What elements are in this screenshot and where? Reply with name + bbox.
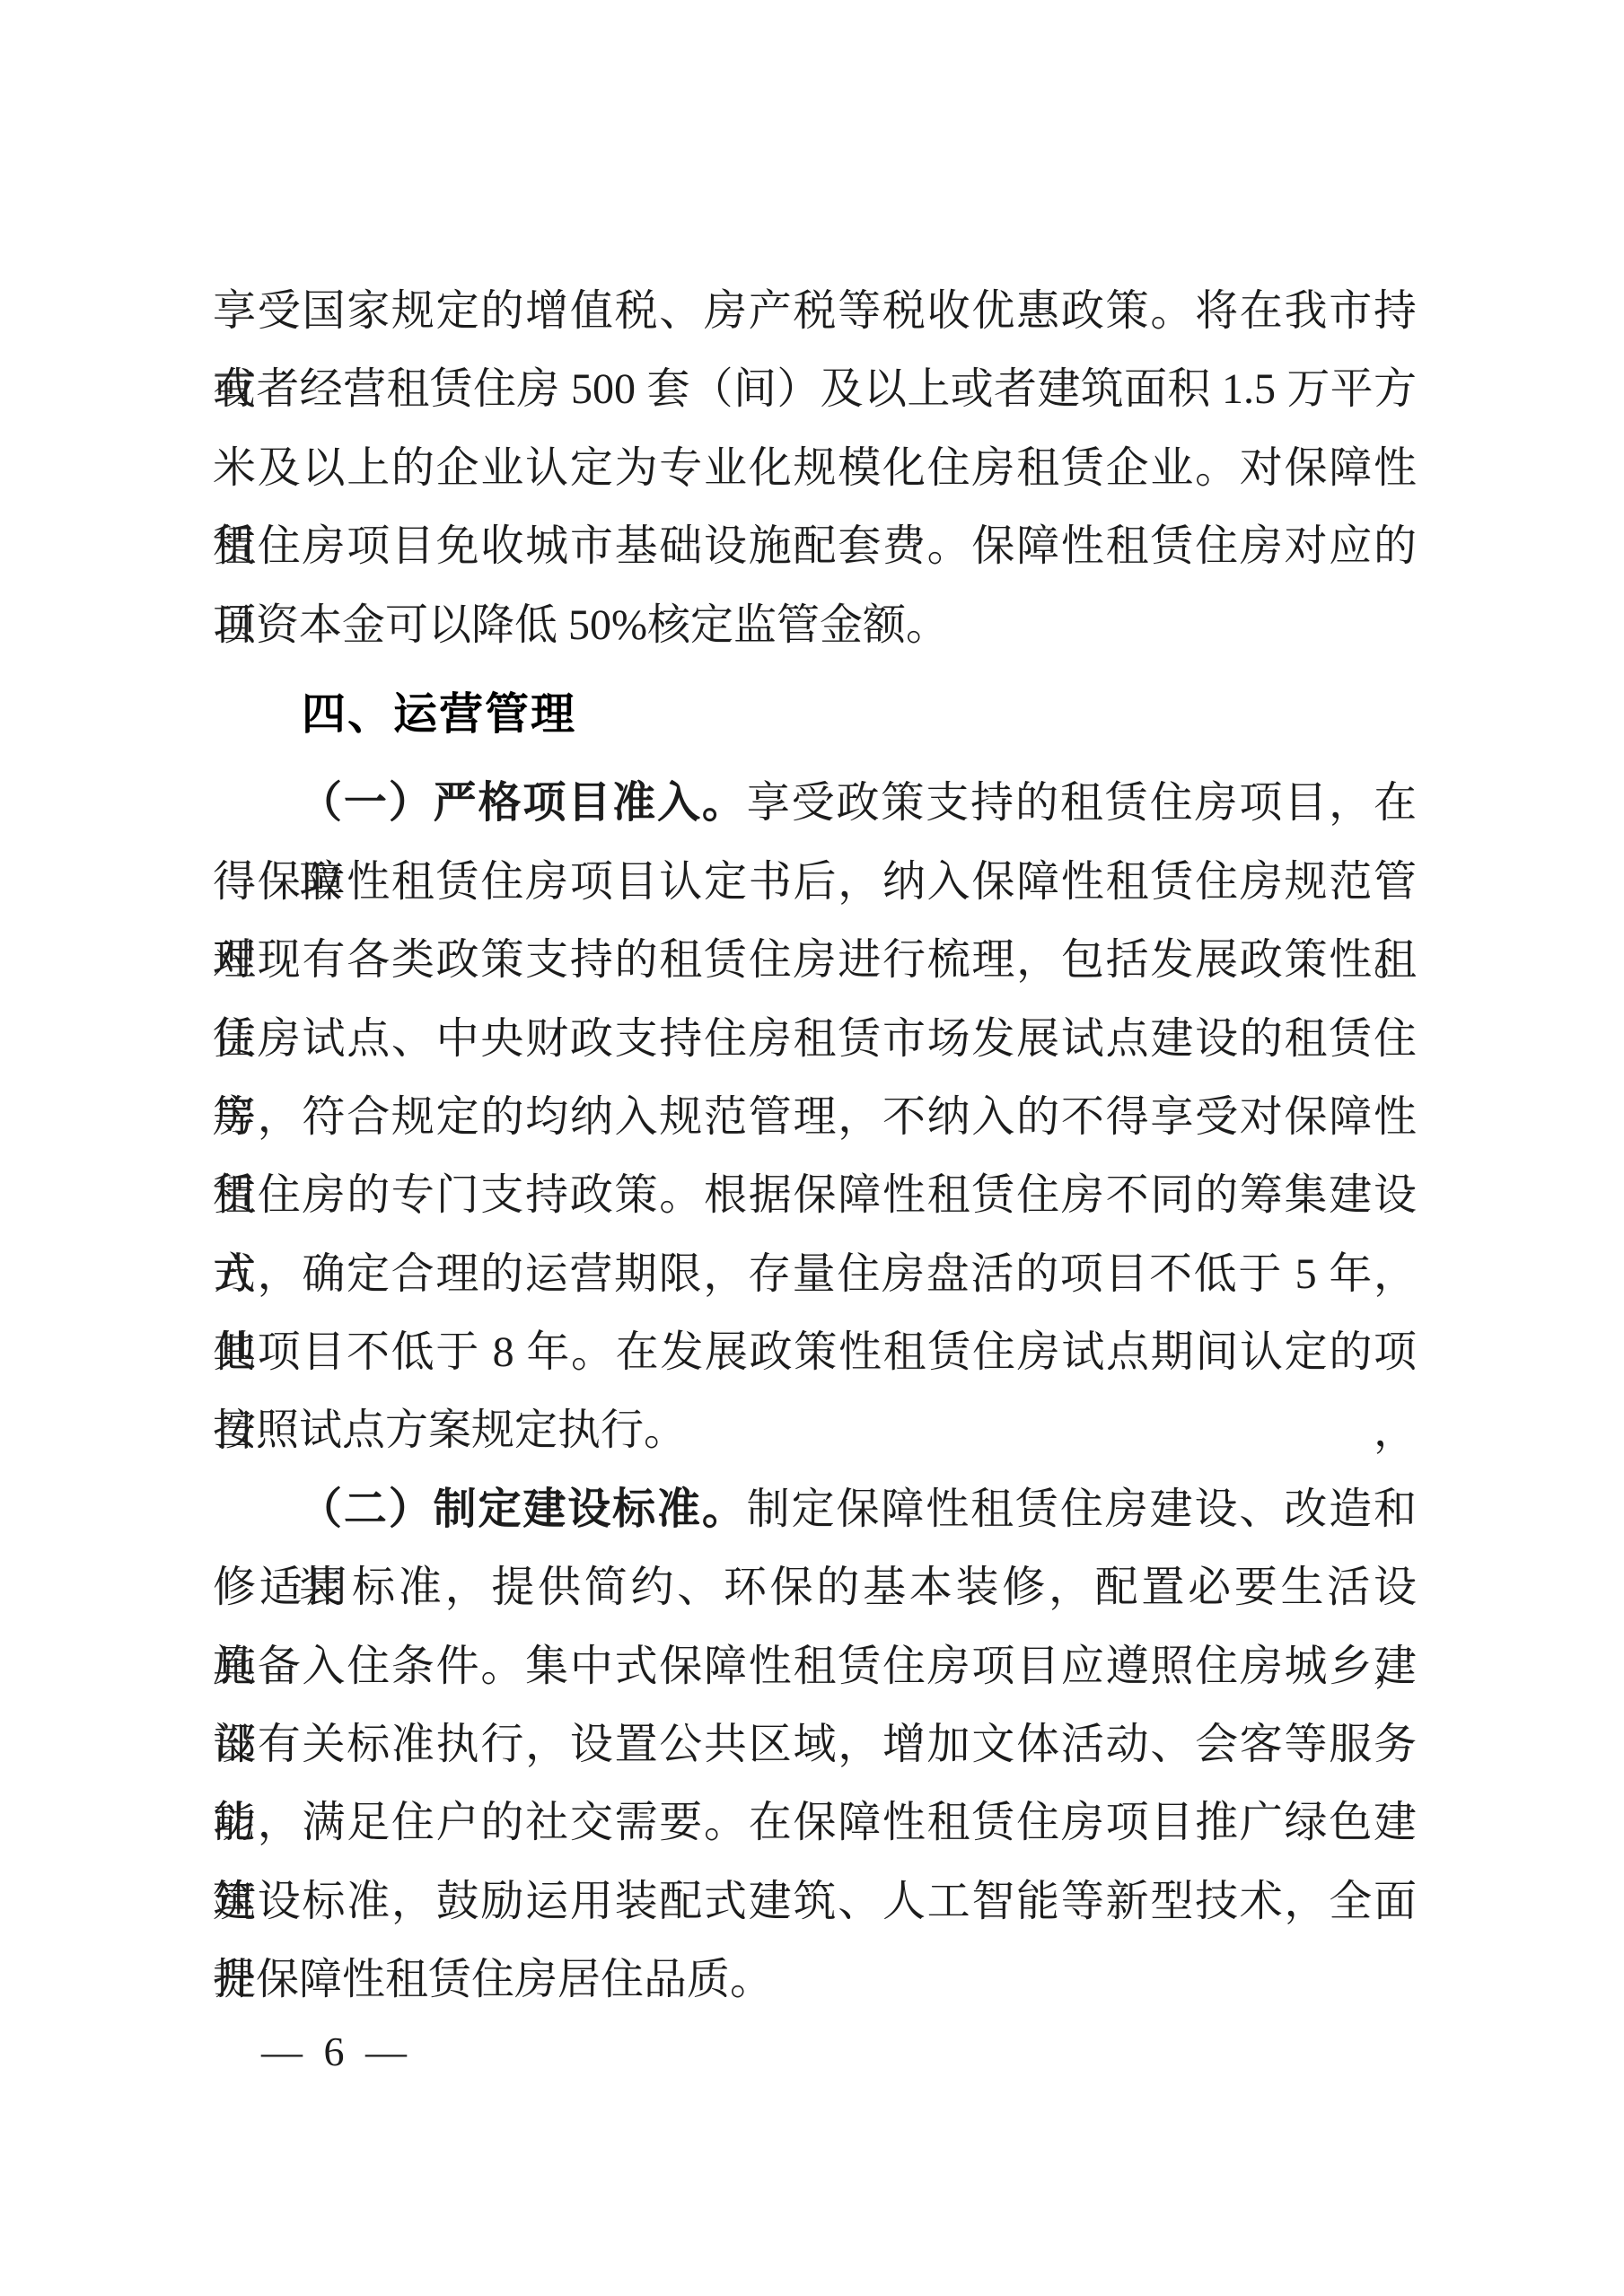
body-line: 享受国家规定的增值税、房产税等税收优惠政策。将在我市持有: [213, 272, 1417, 350]
body-line: 建设标准，鼓励运用装配式建筑、人工智能等新型技术，全面提: [213, 1862, 1417, 1941]
body-line: 部有关标准执行，设置公共区域，增加文体活动、会客等服务功: [213, 1705, 1417, 1783]
bold-lead: （二）制定建设标准。: [299, 1485, 747, 1533]
body-line: （二）制定建设标准。制定保障性租赁住房建设、改造和装: [213, 1470, 1417, 1548]
text-segment: 目资本金可以降低 50%核定监管金额。: [213, 601, 949, 649]
body-line: 住房试点、中央财政支持住房租赁市场发展试点建设的租赁住房: [213, 1000, 1417, 1078]
document-body: 享受国家规定的增值税、房产税等税收优惠政策。将在我市持有或者经营租赁住房 500…: [213, 272, 1417, 2020]
body-line: 能，满足住户的社交需要。在保障性租赁住房项目推广绿色建筑: [213, 1783, 1417, 1862]
section-heading-operations-management: 四、运营管理: [213, 675, 1417, 753]
body-line: （一）严格项目准入。享受政策支持的租赁住房项目，在取: [213, 764, 1417, 842]
bold-lead: （一）严格项目准入。: [299, 779, 747, 827]
body-line: 对现有各类政策支持的租赁住房进行梳理，包括发展政策性租赁: [213, 921, 1417, 999]
body-line: 具备入住条件。集中式保障性租赁住房项目应遵照住房城乡建设: [213, 1627, 1417, 1705]
body-line: 式，确定合理的运营期限，存量住房盘活的项目不低于 5 年，其: [213, 1235, 1417, 1313]
body-line: 赁住房的专门支持政策。根据保障性租赁住房不同的筹集建设方: [213, 1156, 1417, 1234]
body-line: 或者经营租赁住房 500 套（间）及以上或者建筑面积 1.5 万平方: [213, 350, 1417, 428]
page-number: — 6 —: [261, 2029, 412, 2074]
body-line: 赁住房项目免收城市基础设施配套费。保障性租赁住房对应的项: [213, 507, 1417, 585]
text-segment: 升保障性租赁住房居住品质。: [213, 1956, 773, 2003]
body-line: 升保障性租赁住房居住品质。: [213, 1941, 1417, 2019]
document-page: 享受国家规定的增值税、房产税等税收优惠政策。将在我市持有或者经营租赁住房 500…: [0, 0, 1624, 2296]
body-line: 目资本金可以降低 50%核定监管金额。: [213, 586, 1417, 664]
body-line: 修适用标准，提供简约、环保的基本装修，配置必要生活设施，: [213, 1548, 1417, 1626]
body-line: 等，符合规定的均纳入规范管理，不纳入的不得享受对保障性租: [213, 1078, 1417, 1156]
body-line: 米及以上的企业认定为专业化规模化住房租赁企业。对保障性租: [213, 429, 1417, 507]
body-line: 他项目不低于 8 年。在发展政策性租赁住房试点期间认定的项目，: [213, 1313, 1417, 1391]
text-segment: 或者经营租赁住房 500 套（间）及以上或者建筑面积 1.5 万平方: [213, 365, 1417, 413]
body-line: 得保障性租赁住房项目认定书后，纳入保障性租赁住房规范管理。: [213, 843, 1417, 921]
text-segment: 按照试点方案规定执行。: [213, 1407, 687, 1454]
